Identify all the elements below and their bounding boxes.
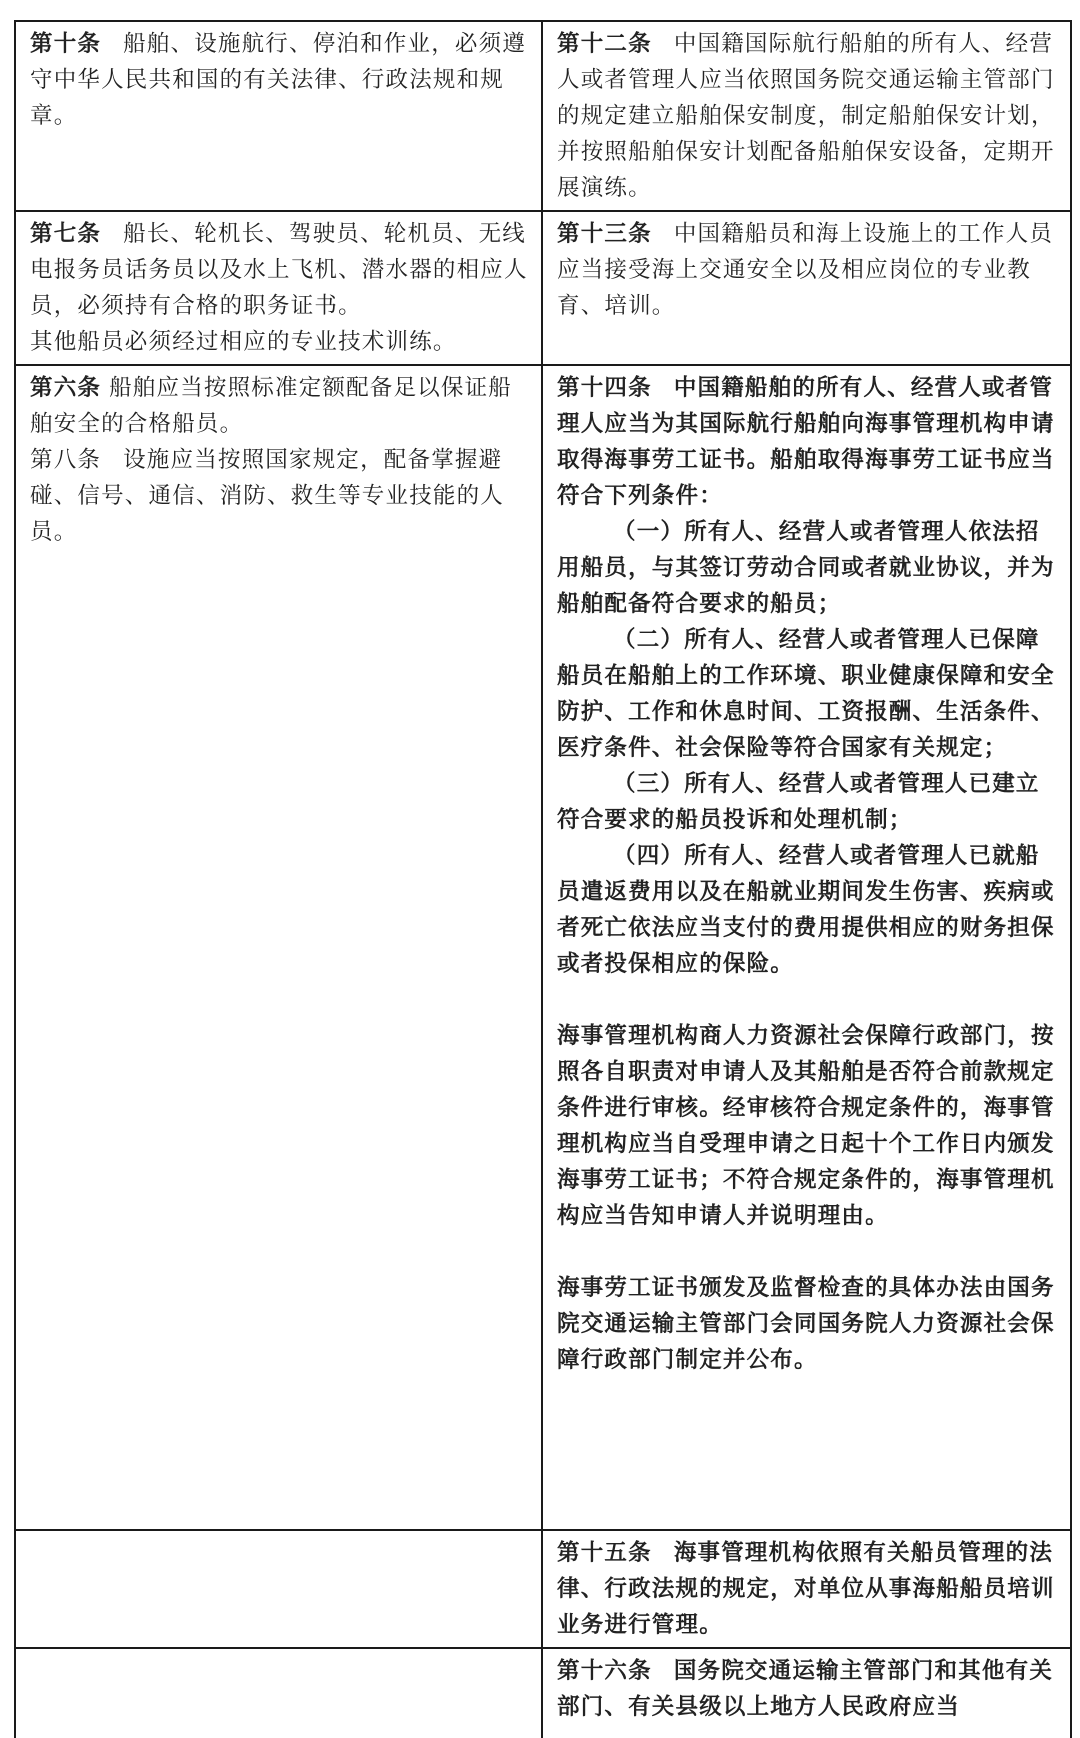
old-law-cell: 第十条船舶、设施航行、停泊和作业，必须遵守中华人民共和国的有关法律、行政法规和规… — [15, 21, 542, 211]
article-text: 船长、轮机长、驾驶员、轮机员、无线电报务员话务员以及水上飞机、潜水器的相应人员，… — [30, 221, 528, 319]
article-paragraph: 第十条船舶、设施航行、停泊和作业，必须遵守中华人民共和国的有关法律、行政法规和规… — [30, 26, 529, 134]
table-row: 第十六条国务院交通运输主管部门和其他有关部门、有关县级以上地方人民政府应当 — [15, 1648, 1071, 1738]
old-law-cell: 第六条船舶应当按照标准定额配备足以保证船舶安全的合格船员。 第八条设施应当按照国… — [15, 365, 542, 1530]
new-law-cell: 第十二条中国籍国际航行船舶的所有人、经营人或者管理人应当依照国务院交通运输主管部… — [542, 21, 1071, 211]
measures-paragraph: 海事劳工证书颁发及监督检查的具体办法由国务院交通运输主管部门会同国务院人力资源社… — [557, 1270, 1058, 1378]
article-paragraph: 第八条设施应当按照国家规定，配备掌握避碰、信号、通信、消防、救生等专业技能的人员… — [30, 442, 529, 550]
article-paragraph: 第十六条国务院交通运输主管部门和其他有关部门、有关县级以上地方人民政府应当 — [557, 1653, 1058, 1725]
review-paragraph: 海事管理机构商人力资源社会保障行政部门，按照各自职责对申请人及其船舶是否符合前款… — [557, 1018, 1058, 1234]
article-text: 船舶应当按照标准定额配备足以保证船舶安全的合格船员。 — [30, 375, 512, 437]
article-number: 第八条 — [30, 447, 101, 473]
old-law-cell: 第七条船长、轮机长、驾驶员、轮机员、无线电报务员话务员以及水上飞机、潜水器的相应… — [15, 211, 542, 365]
article-paragraph: 其他船员必须经过相应的专业技术训练。 — [30, 324, 529, 360]
condition-item: （一）所有人、经营人或者管理人依法招用船员，与其签订劳动合同或者就业协议，并为船… — [557, 514, 1058, 622]
article-paragraph: 第十四条中国籍船舶的所有人、经营人或者管理人应当为其国际航行船舶向海事管理机构申… — [557, 370, 1058, 514]
article-number: 第十条 — [30, 31, 101, 57]
condition-item: （四）所有人、经营人或者管理人已就船员遣返费用以及在船就业期间发生伤害、疾病或者… — [557, 838, 1058, 982]
law-comparison-table: 第十条船舶、设施航行、停泊和作业，必须遵守中华人民共和国的有关法律、行政法规和规… — [14, 20, 1072, 1738]
new-law-cell: 第十六条国务院交通运输主管部门和其他有关部门、有关县级以上地方人民政府应当 — [542, 1648, 1071, 1738]
article-text: 设施应当按照国家规定，配备掌握避碰、信号、通信、消防、救生等专业技能的人员。 — [30, 447, 504, 545]
table-row: 第六条船舶应当按照标准定额配备足以保证船舶安全的合格船员。 第八条设施应当按照国… — [15, 365, 1071, 1530]
article-14-bold-block: 第十四条中国籍船舶的所有人、经营人或者管理人应当为其国际航行船舶向海事管理机构申… — [557, 370, 1058, 1378]
table-row: 第七条船长、轮机长、驾驶员、轮机员、无线电报务员话务员以及水上飞机、潜水器的相应… — [15, 211, 1071, 365]
article-text: 船舶、设施航行、停泊和作业，必须遵守中华人民共和国的有关法律、行政法规和规章。 — [30, 31, 526, 129]
table-row: 第十五条海事管理机构依照有关船员管理的法律、行政法规的规定，对单位从事海船船员培… — [15, 1530, 1071, 1648]
paragraph-spacer — [557, 982, 1058, 1018]
condition-item: （二）所有人、经营人或者管理人已保障船员在船舶上的工作环境、职业健康保障和安全防… — [557, 622, 1058, 766]
new-law-cell: 第十五条海事管理机构依照有关船员管理的法律、行政法规的规定，对单位从事海船船员培… — [542, 1530, 1071, 1648]
old-law-cell-empty — [15, 1530, 542, 1648]
article-number: 第十二条 — [557, 31, 652, 57]
article-number: 第十五条 — [557, 1540, 652, 1566]
article-paragraph: 第十二条中国籍国际航行船舶的所有人、经营人或者管理人应当依照国务院交通运输主管部… — [557, 26, 1058, 206]
condition-item: （三）所有人、经营人或者管理人已建立符合要求的船员投诉和处理机制； — [557, 766, 1058, 838]
article-text: 其他船员必须经过相应的专业技术训练。 — [30, 329, 457, 355]
article-paragraph: 第十三条中国籍船员和海上设施上的工作人员应当接受海上交通安全以及相应岗位的专业教… — [557, 216, 1058, 324]
article-number: 第十六条 — [557, 1658, 652, 1684]
table-row: 第十条船舶、设施航行、停泊和作业，必须遵守中华人民共和国的有关法律、行政法规和规… — [15, 21, 1071, 211]
old-law-cell-empty — [15, 1648, 542, 1738]
article-paragraph: 第六条船舶应当按照标准定额配备足以保证船舶安全的合格船员。 — [30, 370, 529, 442]
article-number: 第十三条 — [557, 221, 652, 247]
article-number: 第七条 — [30, 221, 101, 247]
paragraph-spacer — [557, 1234, 1058, 1270]
article-number: 第十四条 — [557, 375, 652, 401]
article-number: 第六条 — [30, 375, 101, 401]
new-law-cell: 第十四条中国籍船舶的所有人、经营人或者管理人应当为其国际航行船舶向海事管理机构申… — [542, 365, 1071, 1530]
new-law-cell: 第十三条中国籍船员和海上设施上的工作人员应当接受海上交通安全以及相应岗位的专业教… — [542, 211, 1071, 365]
article-paragraph: 第七条船长、轮机长、驾驶员、轮机员、无线电报务员话务员以及水上飞机、潜水器的相应… — [30, 216, 529, 324]
article-paragraph: 第十五条海事管理机构依照有关船员管理的法律、行政法规的规定，对单位从事海船船员培… — [557, 1535, 1058, 1643]
